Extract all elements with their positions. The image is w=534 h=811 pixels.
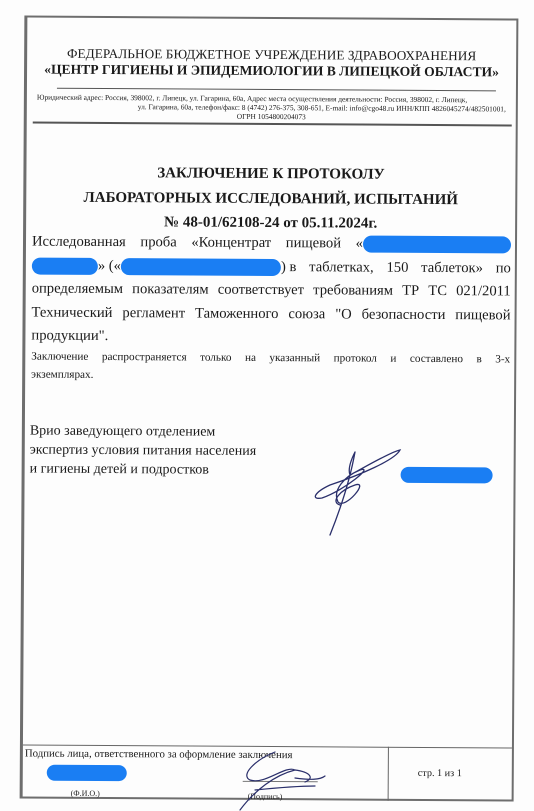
word: на: [245, 349, 256, 367]
word: 021/2011: [456, 280, 511, 304]
word: протокол: [334, 349, 377, 367]
redacted-signatory-name: [401, 467, 493, 484]
footer-column-divider: [388, 747, 389, 801]
signatory-line3: и гигиены детей и подростков: [30, 460, 257, 480]
responsible-signature-label: Подпись лица, ответственного за оформлен…: [25, 748, 293, 762]
word: показателям: [132, 278, 209, 302]
note-line2: экземплярах.: [31, 366, 510, 387]
page-number: стр. 1 из 1: [418, 768, 462, 779]
doc-title-line2: ЛАБОРАТОРНЫХ ИССЛЕДОВАНИЙ, ИСПЫТАНИЙ: [26, 190, 515, 210]
word: ТС: [428, 280, 447, 304]
doc-title-line1: ЗАКЛЮЧЕНИЕ К ПРОТОКОЛУ: [26, 165, 515, 185]
signatory-line1: Врио заведующего отделением: [30, 422, 257, 442]
word: «Концентрат: [191, 232, 271, 256]
word: Исследованная: [32, 231, 126, 255]
word: союза: [288, 303, 325, 327]
document-frame: ФЕДЕРАЛЬНОЕ БЮДЖЕТНОЕ УЧРЕЖДЕНИЕ ЗДРАВОО…: [20, 15, 519, 801]
org-name-line2: «ЦЕНТР ГИГИЕНЫ И ЭПИДЕМИОЛОГИИ В ЛИПЕЦКО…: [27, 62, 516, 81]
signature-underline: [243, 781, 318, 782]
word: Таможенного: [195, 302, 279, 326]
redacted-product-detail: [121, 258, 281, 276]
word: 150: [386, 256, 408, 280]
word: в: [476, 350, 481, 368]
word: таблетках,: [309, 256, 374, 280]
redacted-product-name-cont: [32, 257, 98, 274]
word: только: [200, 349, 231, 367]
word: составлено: [410, 350, 463, 368]
signatory-title: Врио заведующего отделением экспертиз ус…: [30, 422, 257, 480]
header-divider: [57, 88, 496, 92]
body-line3: определяемым показателям соответствует т…: [32, 278, 511, 304]
word: «: [356, 236, 363, 252]
org-address: Юридический адрес: Россия, 398002, г. Ли…: [37, 93, 506, 123]
word: ) в: [281, 259, 297, 275]
word: таблеток»: [421, 256, 483, 280]
redacted-responsible-name: [47, 765, 127, 781]
word: » («: [98, 257, 121, 273]
redacted-product-name: [363, 236, 511, 254]
word: "О: [335, 303, 352, 327]
signatory-line2: экспертиз условия питания населения: [30, 441, 257, 461]
address-divider: [33, 122, 512, 127]
word: безопасности: [362, 303, 446, 327]
word: Заключение: [31, 348, 88, 366]
word: пищевой: [286, 232, 341, 256]
word: ТР: [402, 280, 419, 304]
word: определяемым: [32, 278, 123, 302]
word: 3-х: [495, 350, 510, 368]
word: и: [390, 350, 396, 368]
signature-caption: (Подпись): [248, 792, 283, 801]
note-line1: Заключение распространяется только на ук…: [31, 348, 510, 369]
word: по: [496, 257, 511, 281]
word: требованиям: [313, 279, 393, 303]
word: Технический: [32, 301, 113, 325]
body-line4: Технический регламент Таможенного союза …: [32, 301, 511, 327]
word: проба: [140, 231, 176, 255]
word: пищевой: [455, 304, 510, 328]
fio-caption: (Ф.И.О.): [71, 789, 100, 798]
body-line1: Исследованная проба «Концентрат пищевой …: [32, 231, 511, 257]
word: распространяется: [102, 348, 187, 367]
validity-note: Заключение распространяется только на ук…: [31, 348, 510, 387]
word: регламент: [122, 302, 185, 326]
body-line2: » («) в таблетках, 150 таблеток» по: [32, 254, 511, 280]
word: соответствует: [218, 279, 304, 303]
word: указанный: [269, 349, 320, 367]
conclusion-body: Исследованная проба «Концентрат пищевой …: [31, 231, 511, 351]
